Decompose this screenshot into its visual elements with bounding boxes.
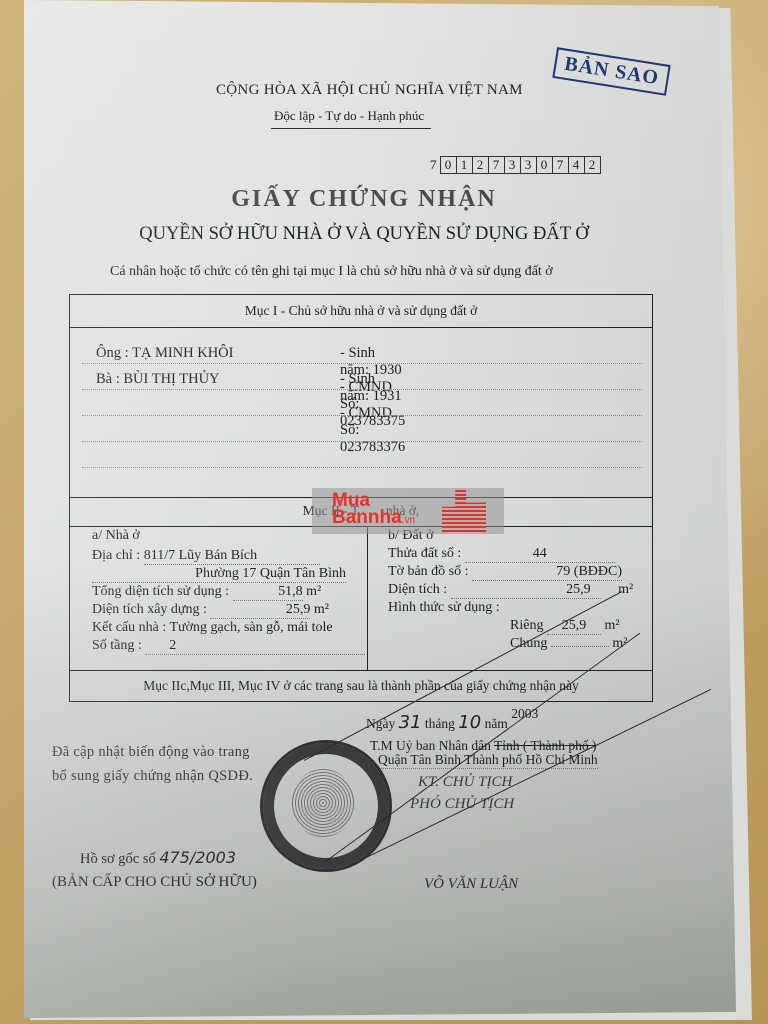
day-value: 31 [399, 712, 422, 733]
unit: m² [306, 584, 321, 599]
issued-to: (BẢN CẤP CHO CHỦ SỞ HỮU) [52, 874, 257, 891]
owner-name: TẠ MINH KHÔI [132, 345, 234, 361]
serial-number: 7 0 1 2 7 3 3 0 7 4 2 [430, 156, 601, 174]
diagonal-stroke [304, 591, 622, 761]
house-address-line2: Phường 17 Quận Tân Bình [92, 566, 346, 583]
unit: m² [604, 618, 619, 633]
watermark-text: Mua Bannha.vn [332, 492, 415, 529]
field-value: 811/7 Lũy Bán Bích [144, 548, 320, 565]
national-motto: Độc lập - Tự do - Hạnh phúc [274, 108, 424, 124]
field-value: Tường gạch, sàn gỗ, mái tole [170, 620, 333, 635]
section-property: Mục II - T nhà ở, a/ Nhà ở Địa chỉ : 811… [69, 496, 653, 671]
heading-text: Mục II - T [303, 503, 359, 518]
field-label: Riêng [510, 618, 543, 633]
authority-struck-text: Tỉnh ( Thành phố ) [494, 738, 596, 753]
file-number-row: Hồ sơ gốc số 475/2003 [80, 848, 236, 868]
building-icon [442, 490, 486, 532]
field-value: Phường 17 Quận Tân Bình [92, 566, 346, 583]
field-label: Địa chỉ : [92, 548, 140, 563]
serial-digit: 3 [521, 156, 537, 174]
owner-title: Bà : [96, 371, 120, 387]
watermark-suffix: .vn [402, 515, 415, 526]
authority-district: Quận Tân Bình Thành phố Hồ Chí Minh [378, 752, 598, 769]
dotted-line [82, 415, 642, 416]
land-area: Diện tích : 25,9 m² [388, 582, 633, 599]
owner-row: Bà : BÙI THỊ THỦY - Sinh năm: 1931 - CMN… [96, 371, 220, 388]
owner-details: - Sinh năm: 1931 - CMND Số: 023783376 [340, 371, 405, 456]
section-owners: Mục I - Chủ sở hữu nhà ở và sử dụng đất … [69, 294, 653, 498]
role-subtitle: PHÓ CHỦ TỊCH [410, 796, 514, 813]
unit: m² [314, 602, 329, 617]
update-note-line1: Đã cập nhật biến động vào trang [52, 744, 250, 761]
field-label: Diện tích xây dựng : [92, 602, 207, 617]
authority-line: T.M Uỷ ban Nhân dân Tỉnh ( Thành phố ) [370, 738, 596, 754]
dotted-line [82, 363, 642, 364]
certificate-page: CỘNG HÒA XÃ HỘI CHỦ NGHĨA VIỆT NAM Độc l… [24, 0, 736, 1018]
watermark-line1: Mua [332, 492, 415, 509]
land-private: Riêng 25,9 m² [510, 618, 620, 635]
serial-digit: 2 [473, 156, 489, 174]
dotted-line [82, 441, 642, 442]
month-label: tháng [425, 716, 455, 731]
serial-digit: 1 [457, 156, 473, 174]
field-label: Tổng diện tích sử dụng : [92, 584, 229, 599]
month-value: 10 [458, 712, 481, 733]
date-label: Ngày [366, 716, 395, 731]
watermark-logo: Mua Bannha.vn [312, 488, 504, 534]
dotted-line [82, 389, 642, 390]
diagonal-stroke [324, 633, 640, 863]
unit: m² [604, 582, 633, 597]
serial-digit: 7 [489, 156, 505, 174]
house-label: a/ Nhà ở [92, 528, 140, 544]
section-property-heading: Mục II - T nhà ở, [70, 496, 652, 527]
field-label: Diện tích : [388, 582, 447, 597]
land-usage-label: Hình thức sử dụng : [388, 600, 500, 616]
intro-statement: Cá nhân hoặc tổ chức có tên ghi tại mục … [110, 264, 553, 280]
field-label: Tờ bản đồ số : [388, 564, 469, 579]
signer-name: VÕ VĂN LUẬN [424, 876, 518, 893]
section-owners-heading: Mục I - Chủ sở hữu nhà ở và sử dụng đất … [70, 295, 652, 328]
land-label: b/ Đất ở [388, 528, 434, 544]
file-label: Hồ sơ gốc số [80, 851, 156, 867]
national-title: CỘNG HÒA XÃ HỘI CHỦ NGHĨA VIỆT NAM [216, 82, 523, 99]
field-label: Thửa đất số : [388, 546, 461, 561]
field-value: 2 [145, 638, 365, 655]
year-value: 2003 [511, 706, 538, 721]
file-number: 475/2003 [159, 848, 236, 867]
heading-tail: nhà ở, [386, 503, 419, 518]
motto-underline [271, 128, 431, 129]
authority-text: T.M Uỷ ban Nhân dân [370, 738, 491, 753]
serial-digit: 3 [505, 156, 521, 174]
dotted-line [82, 467, 642, 468]
house-address: Địa chỉ : 811/7 Lũy Bán Bích [92, 548, 320, 565]
land-plot: Thửa đất số : 44 [388, 546, 615, 563]
owner-name: BÙI THỊ THỦY [123, 371, 219, 387]
house-structure: Kết cấu nhà : Tường gạch, sàn gỗ, mái to… [92, 620, 333, 636]
field-value: 79 (BĐĐC) [472, 564, 622, 581]
house-total-area: Tổng diện tích sử dụng : 51,8 m² [92, 584, 321, 601]
field-label: Số tầng : [92, 638, 142, 653]
diagonal-stroke [360, 689, 711, 861]
role-title: KT. CHỦ TỊCH [418, 774, 512, 791]
issue-date: Ngày 31 tháng 10 năm 2003 [366, 712, 538, 733]
unit: m² [612, 636, 627, 651]
owner-details: - Sinh năm: 1930 - CMND Số: 023783375 [340, 345, 405, 430]
serial-prefix: 7 [430, 157, 440, 173]
field-value: 25,9 [547, 618, 601, 635]
copy-stamp: BẢN SAO [552, 47, 671, 96]
field-value: 25,9 [451, 582, 601, 599]
house-floors: Số tầng : 2 [92, 638, 365, 655]
land-shared: Chung m² [510, 636, 627, 652]
land-map-sheet: Tờ bản đồ số : 79 (BĐĐC) [388, 564, 622, 581]
field-value: 44 [465, 546, 615, 563]
serial-digit: 2 [585, 156, 601, 174]
field-label: Kết cấu nhà : [92, 620, 166, 635]
update-note-line2: bổ sung giấy chứng nhận QSDĐ. [52, 768, 253, 785]
field-label: Chung [510, 636, 547, 651]
serial-digit: 0 [537, 156, 553, 174]
column-divider [367, 526, 368, 670]
section-appendix-note: Mục IIc,Mục III, Mục IV ở các trang sau … [69, 670, 653, 702]
serial-digit: 0 [440, 156, 457, 174]
official-seal [260, 740, 392, 872]
owner-row: Ông : TẠ MINH KHÔI - Sinh năm: 1930 - CM… [96, 345, 234, 362]
serial-digit: 7 [553, 156, 569, 174]
year-label: năm [485, 716, 508, 731]
serial-digit: 4 [569, 156, 585, 174]
field-value: 51,8 [233, 584, 303, 601]
field-value: 25,9 [210, 602, 310, 619]
watermark-line2: Bannha [332, 507, 402, 528]
field-value [551, 646, 609, 647]
certificate-subtitle: QUYỀN SỞ HỮU NHÀ Ở VÀ QUYỀN SỬ DỤNG ĐẤT … [24, 224, 704, 245]
house-built-area: Diện tích xây dựng : 25,9 m² [92, 602, 329, 619]
certificate-title: GIẤY CHỨNG NHẬN [24, 186, 704, 213]
owner-title: Ông : [96, 345, 129, 361]
